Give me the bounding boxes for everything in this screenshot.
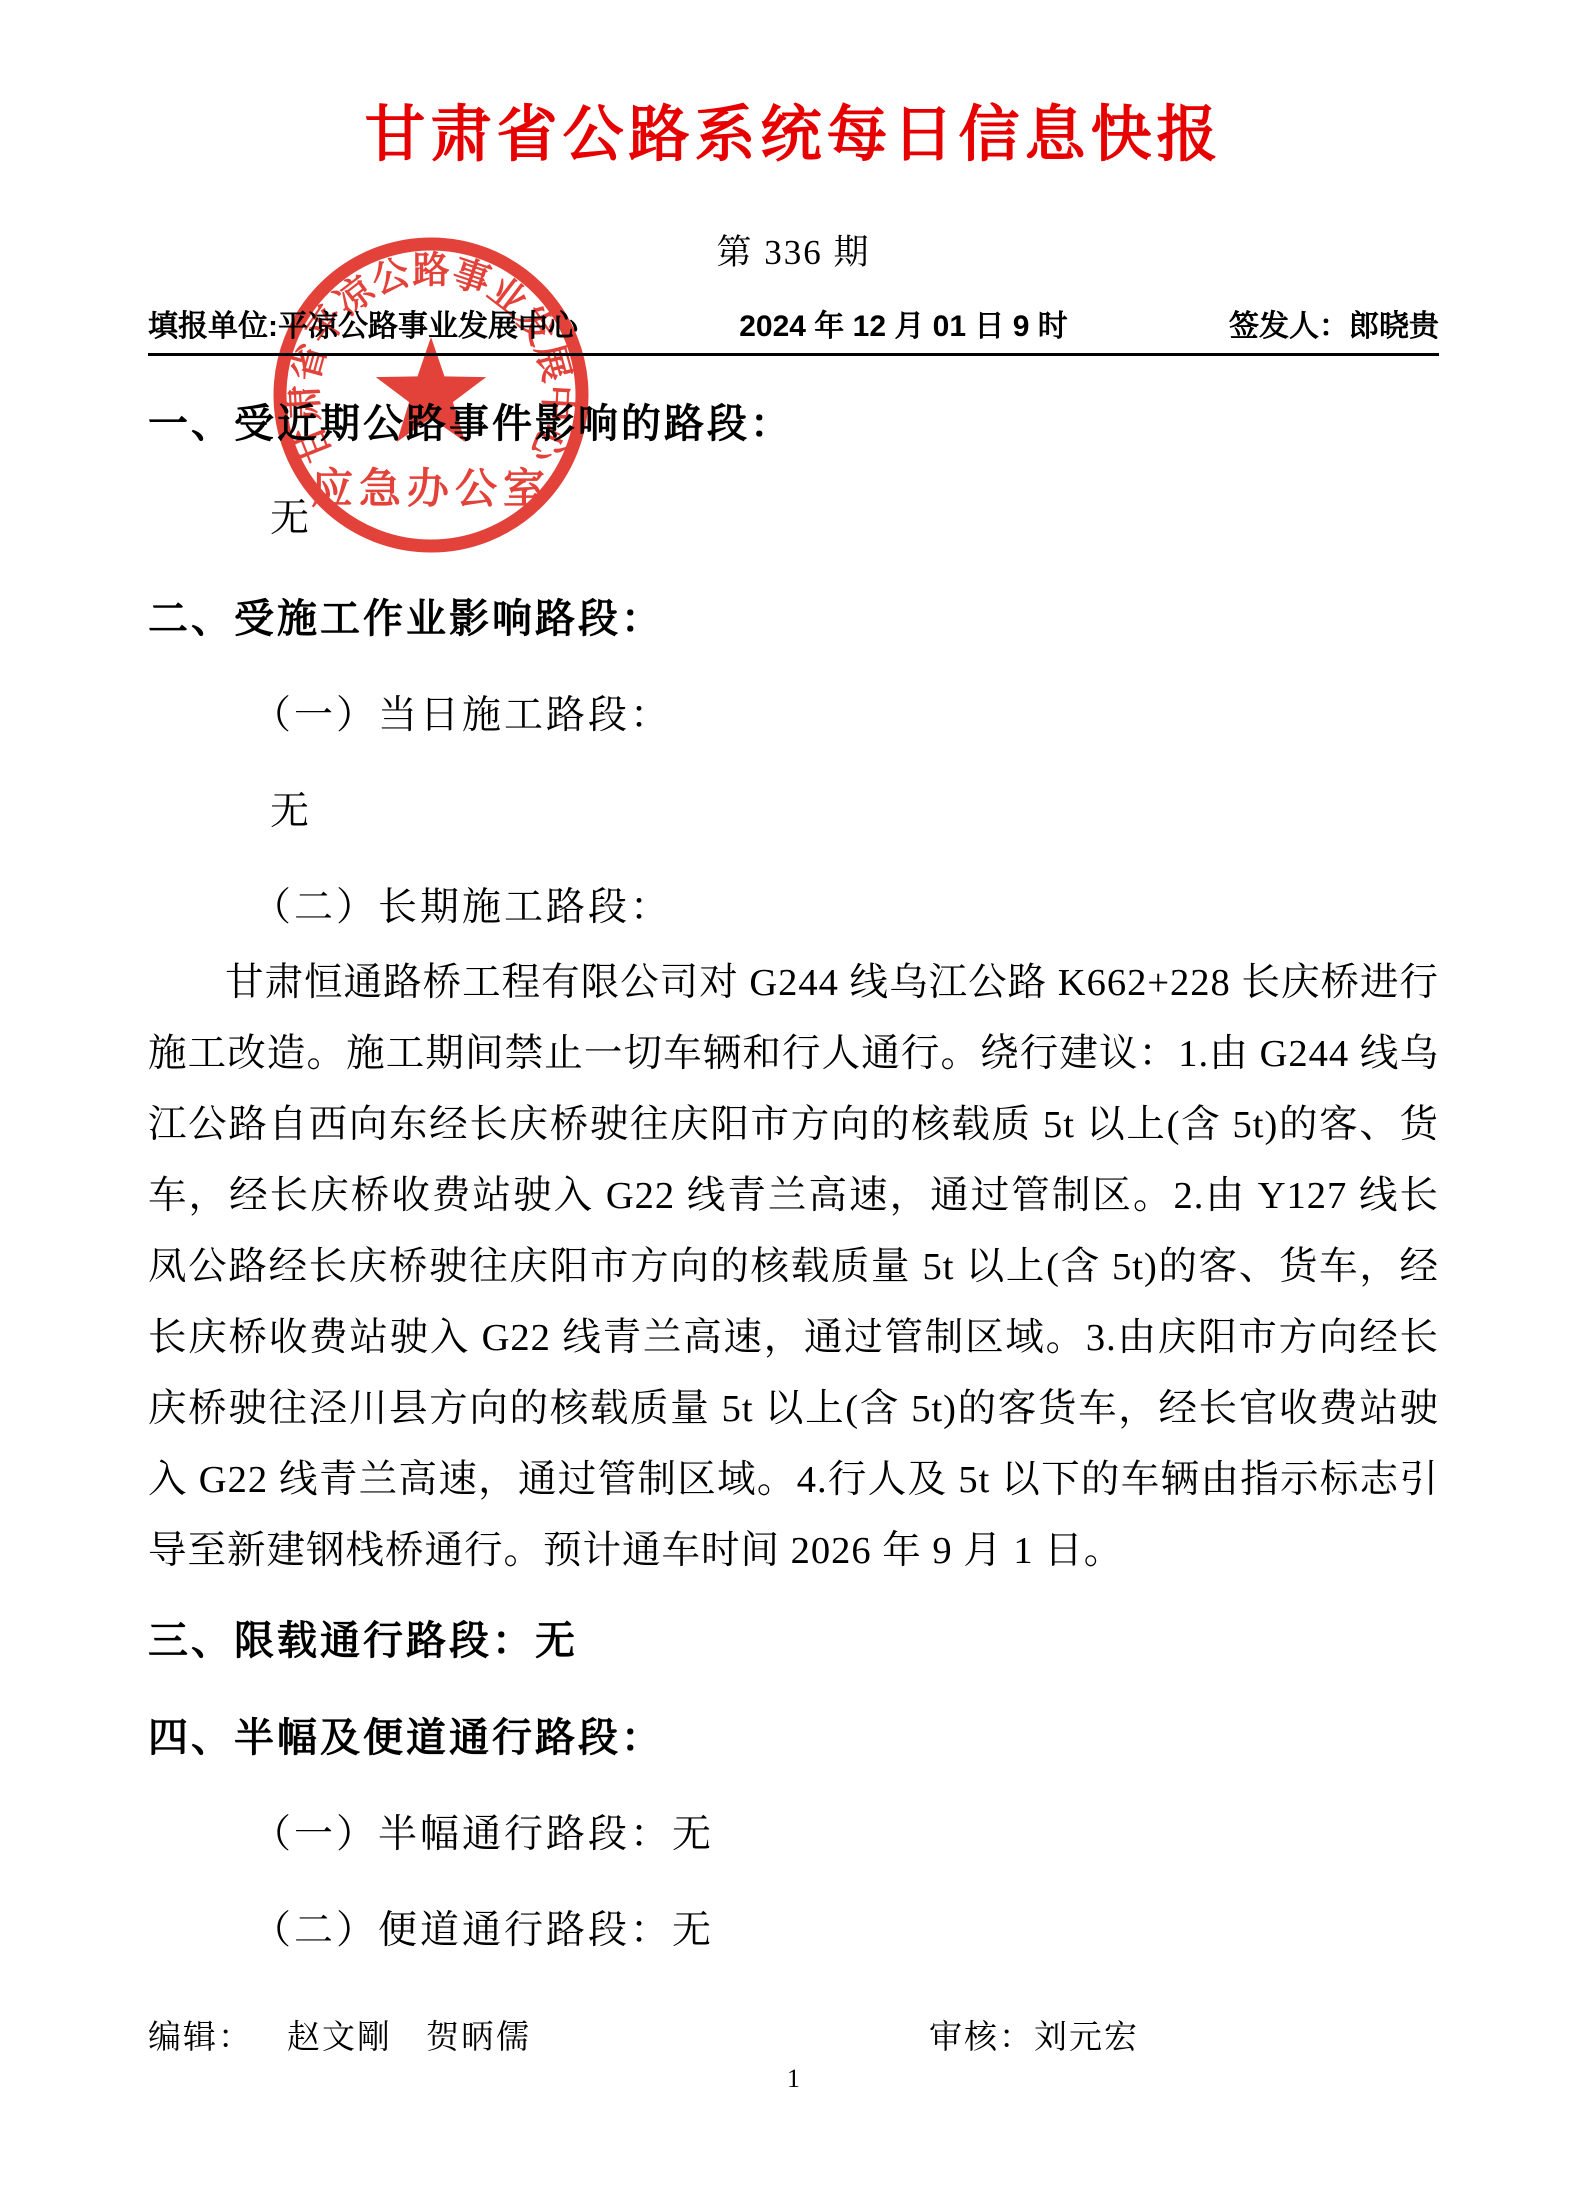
document-page: 甘肃省公路系统每日信息快报 第 336 期 填报单位:平凉公路事业发展中心 20… — [0, 0, 1587, 2212]
credits-line: 编辑： 赵文剛 贺昞儒 审核：刘元宏 — [148, 2011, 1439, 2058]
section-3-heading: 三、限载通行路段：无 — [148, 1609, 1439, 1666]
report-info-line: 填报单位:平凉公路事业发展中心 2024 年 12 月 01 日 9 时 签发人… — [148, 301, 1439, 356]
issuer-name: 签发人：郎晓贵 — [1229, 301, 1439, 345]
section-4-sub-2: （二）便道通行路段：无 — [148, 1899, 1439, 1955]
reviewer-name: 审核：刘元宏 — [929, 2011, 1139, 2058]
section-4-heading: 四、半幅及便道通行路段： — [148, 1706, 1439, 1763]
construction-notice-paragraph: 甘肃恒通路桥工程有限公司对 G244 线乌江公路 K662+228 长庆桥进行施… — [148, 948, 1439, 1587]
page-number: 1 — [0, 2064, 1587, 2094]
reporting-unit: 填报单位:平凉公路事业发展中心 — [148, 301, 578, 345]
section-2-sub-1-value: 无 — [148, 780, 1439, 836]
document-content: 甘肃省公路系统每日信息快报 第 336 期 填报单位:平凉公路事业发展中心 20… — [0, 86, 1587, 2058]
section-2-sub-2-heading: （二）长期施工路段： — [148, 876, 1439, 932]
editor-name-1: 赵文剛 — [287, 2011, 392, 2058]
section-4-sub-1: （一）半幅通行路段：无 — [148, 1803, 1439, 1859]
page-title: 甘肃省公路系统每日信息快报 — [148, 86, 1439, 173]
editor-name-2: 贺昞儒 — [426, 2011, 531, 2058]
issue-number: 第 336 期 — [148, 225, 1439, 275]
editors-label: 编辑： — [148, 2011, 253, 2058]
report-datetime: 2024 年 12 月 01 日 9 时 — [739, 301, 1068, 345]
section-1-value: 无 — [148, 487, 1439, 543]
section-2-heading: 二、受施工作业影响路段： — [148, 587, 1439, 644]
section-1-heading: 一、受近期公路事件影响的路段： — [148, 392, 1439, 449]
section-2-sub-1-heading: （一）当日施工路段： — [148, 684, 1439, 740]
